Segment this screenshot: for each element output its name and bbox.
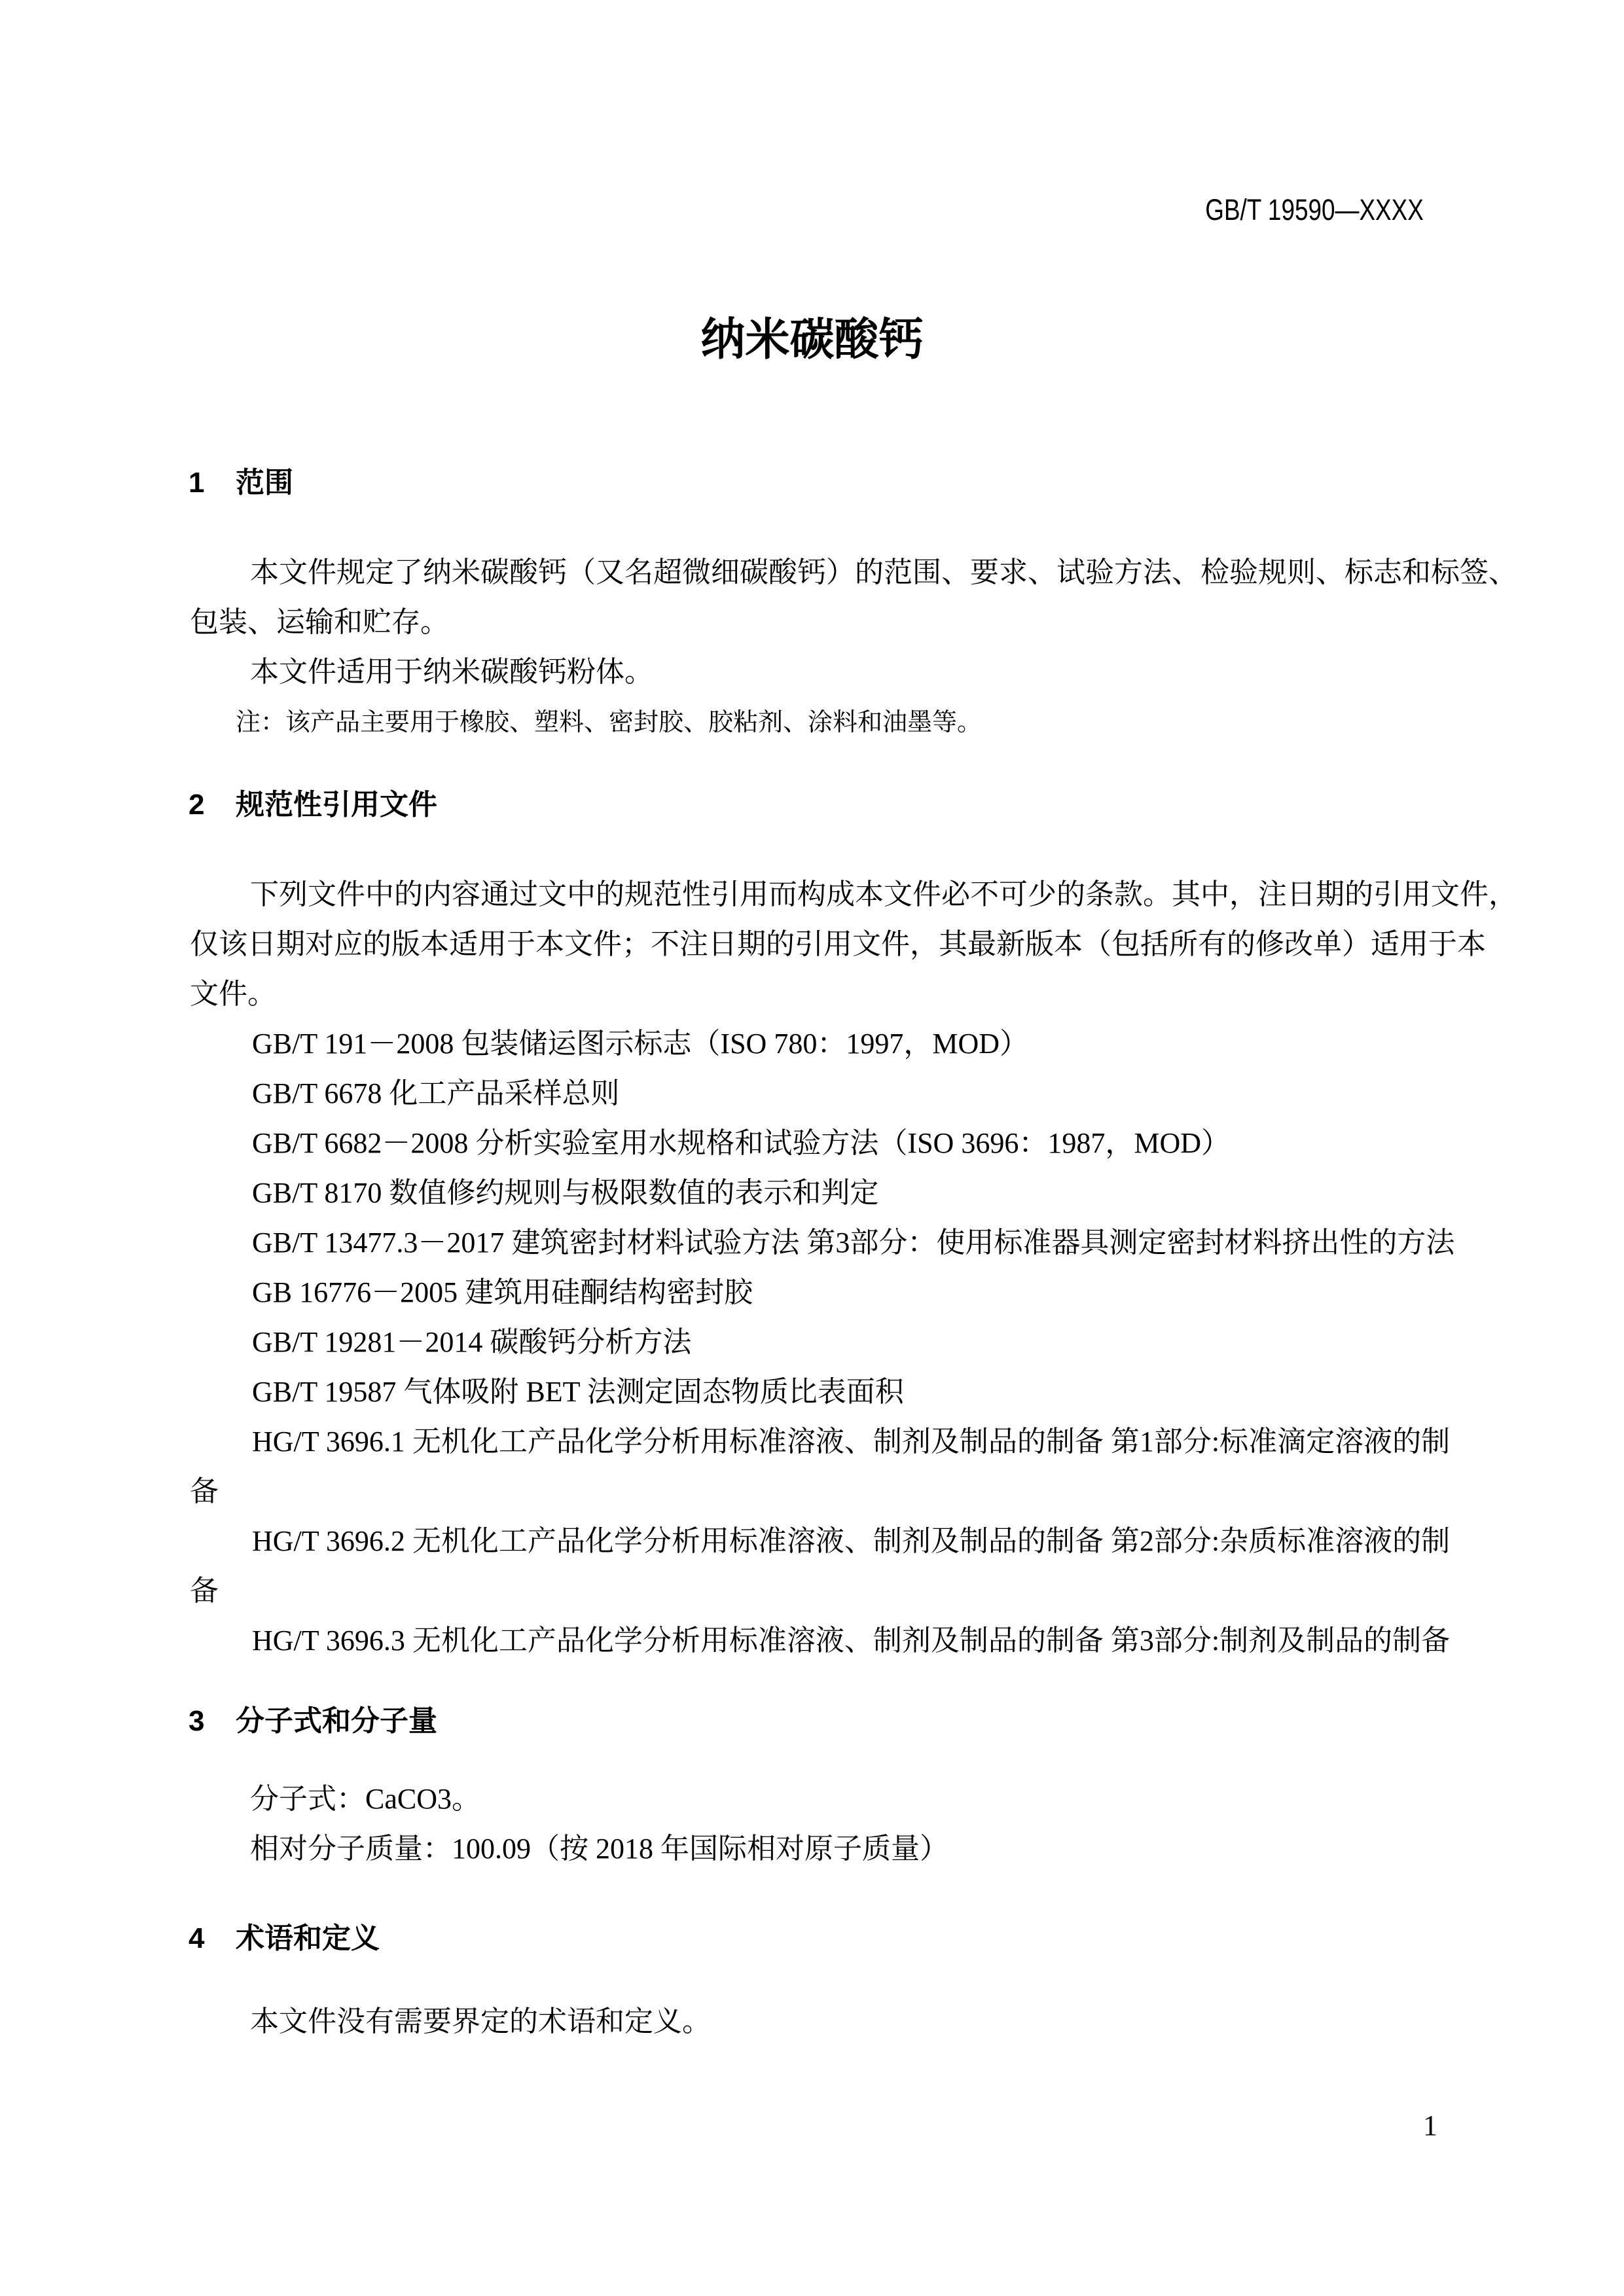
text-line: 文件。 (190, 969, 1466, 1019)
formula-line: 分子式：CaCO3。 (190, 1774, 1466, 1824)
text-line: 本文件没有需要界定的术语和定义。 (190, 1997, 1466, 2047)
reference-line: HG/T 3696.1 无机化工产品化学分析用标准溶液、制剂及制品的制备 第1部… (190, 1417, 1466, 1467)
reference-line: GB/T 191－2008 包装储运图示标志（ISO 780：1997，MOD） (190, 1019, 1466, 1069)
text-line: 包装、运输和贮存。 (190, 598, 1466, 647)
reference-line: GB/T 6682－2008 分析实验室用水规格和试验方法（ISO 3696：1… (190, 1119, 1466, 1168)
section-2-number: 2 (189, 789, 236, 821)
section-1-label: 范围 (236, 467, 293, 499)
doc-code: GB/T 19590—XXXX (1205, 194, 1424, 226)
reference-line: GB/T 19281－2014 碳酸钙分析方法 (190, 1318, 1466, 1367)
page-number: 1 (1423, 2110, 1437, 2142)
section-4-label: 术语和定义 (236, 1922, 380, 1954)
references-list: GB/T 191－2008 包装储运图示标志（ISO 780：1997，MOD）… (190, 1019, 1466, 1666)
section-3-label: 分子式和分子量 (236, 1705, 437, 1737)
text-line: 仅该日期对应的版本适用于本文件；不注日期的引用文件，其最新版本（包括所有的修改单… (190, 920, 1466, 969)
reference-line: GB 16776－2005 建筑用硅酮结构密封胶 (190, 1268, 1466, 1318)
reference-line: GB/T 19587 气体吸附 BET 法测定固态物质比表面积 (190, 1367, 1466, 1417)
applicability-paragraph: 本文件适用于纳米碳酸钙粉体。 (190, 647, 1466, 697)
reference-line-continuation: 备 (190, 1566, 1466, 1616)
reference-line-continuation: 备 (190, 1467, 1466, 1516)
section-4-heading: 4术语和定义 (189, 1923, 380, 1954)
document-page: GB/T 19590—XXXX 纳米碳酸钙 1范围 本文件规定了纳米碳酸钙（又名… (0, 0, 1624, 2296)
text-line: 本文件适用于纳米碳酸钙粉体。 (190, 647, 1466, 697)
section-2-heading: 2规范性引用文件 (189, 789, 437, 821)
scope-paragraph: 本文件规定了纳米碳酸钙（又名超微细碳酸钙）的范围、要求、试验方法、检验规则、标志… (190, 548, 1466, 647)
reference-line: HG/T 3696.2 无机化工产品化学分析用标准溶液、制剂及制品的制备 第2部… (190, 1516, 1466, 1566)
formula-paragraph: 分子式：CaCO3。 相对分子质量：100.09（按 2018 年国际相对原子质… (190, 1774, 1466, 1874)
reference-line: GB/T 13477.3－2017 建筑密封材料试验方法 第3部分：使用标准器具… (190, 1218, 1466, 1268)
references-intro-paragraph: 下列文件中的内容通过文中的规范性引用而构成本文件必不可少的条款。其中，注日期的引… (190, 870, 1466, 1019)
note-text: 注：该产品主要用于橡胶、塑料、密封胶、胶粘剂、涂料和油墨等。 (236, 704, 982, 741)
section-1-heading: 1范围 (189, 467, 293, 499)
section-3-number: 3 (189, 1706, 236, 1737)
reference-line: GB/T 6678 化工产品采样总则 (190, 1069, 1466, 1119)
molar-mass-line: 相对分子质量：100.09（按 2018 年国际相对原子质量） (190, 1824, 1466, 1874)
section-2-label: 规范性引用文件 (236, 789, 437, 821)
section-1-number: 1 (189, 467, 236, 499)
text-line: 下列文件中的内容通过文中的规范性引用而构成本文件必不可少的条款。其中，注日期的引… (190, 870, 1466, 920)
reference-line: HG/T 3696.3 无机化工产品化学分析用标准溶液、制剂及制品的制备 第3部… (190, 1616, 1466, 1666)
text-line: 本文件规定了纳米碳酸钙（又名超微细碳酸钙）的范围、要求、试验方法、检验规则、标志… (190, 548, 1466, 598)
terms-paragraph: 本文件没有需要界定的术语和定义。 (190, 1997, 1466, 2047)
reference-line: GB/T 8170 数值修约规则与极限数值的表示和判定 (190, 1168, 1466, 1218)
section-3-heading: 3分子式和分子量 (189, 1706, 437, 1737)
doc-title: 纳米碳酸钙 (0, 315, 1624, 364)
section-4-number: 4 (189, 1923, 236, 1954)
